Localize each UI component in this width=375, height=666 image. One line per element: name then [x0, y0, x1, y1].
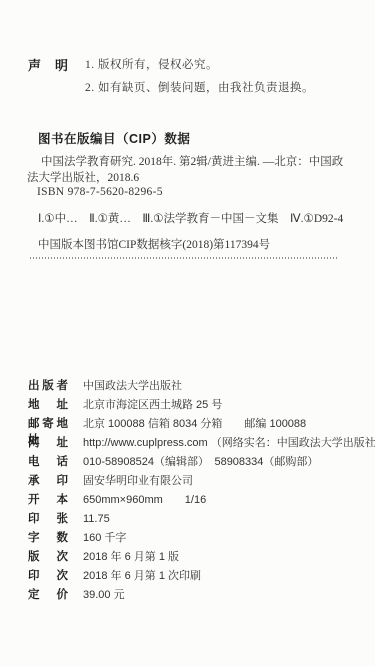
colophon-row-value: 2018 年 6 月第 1 次印刷 — [83, 567, 201, 583]
notice-item-list: 1. 版权所有，侵权必究。 2. 如有缺页、倒装问题，由我社负责退换。 — [85, 54, 314, 100]
colophon-row: 开本 650mm×960mm 1/16 — [28, 491, 361, 510]
colophon-table: 出版者 中国政法大学出版社 地址 北京市海淀区西土城路 25 号 邮寄地址 北京… — [28, 377, 361, 605]
colophon-row-label: 版次 — [28, 548, 68, 564]
colophon-row-value: 2018 年 6 月第 1 版 — [83, 548, 179, 564]
dotted-divider — [30, 257, 338, 259]
cip-title: 图书在版编目（CIP）数据 — [38, 129, 190, 147]
colophon-row-value: 固安华明印业有限公司 — [83, 472, 193, 488]
cip-classification: Ⅰ.①中… Ⅱ.①黄… Ⅲ.①法学教育－中国－文集 Ⅳ.①D92-4 — [38, 210, 343, 226]
colophon-row: 字数 160 千字 — [28, 529, 361, 548]
colophon-row: 网址 http://www.cuplpress.com （网络实名：中国政法大学… — [28, 434, 361, 453]
colophon-row: 定价 39.00 元 — [28, 586, 361, 605]
colophon-row-label: 网址 — [28, 434, 68, 450]
colophon-row-label: 开本 — [28, 491, 68, 507]
cip-entry: 中国法学教育研究. 2018年. 第2辑/黄进主编. —北京：中国政法大学出版社… — [27, 155, 349, 186]
colophon-row-label: 电话 — [28, 453, 68, 469]
colophon-row-label: 地址 — [28, 396, 68, 412]
copyright-notice: 声明 1. 版权所有，侵权必究。 2. 如有缺页、倒装问题，由我社负责退换。 — [28, 54, 357, 100]
colophon-row: 电话 010-58908524（编辑部） 58908334（邮购部） — [28, 453, 361, 472]
colophon-row-value: http://www.cuplpress.com （网络实名：中国政法大学出版社… — [83, 434, 375, 450]
notice-item: 1. 版权所有，侵权必究。 — [85, 54, 314, 77]
colophon-row-value: 650mm×960mm 1/16 — [83, 491, 206, 507]
notice-item: 2. 如有缺页、倒装问题，由我社负责退换。 — [85, 77, 314, 100]
cip-record-number: 中国版本图书馆CIP数据核字(2018)第117394号 — [38, 236, 270, 252]
colophon-row-value: 北京 100088 信箱 8034 分箱 邮编 100088 — [83, 415, 306, 431]
colophon-row: 印张 11.75 — [28, 510, 361, 529]
colophon-row: 出版者 中国政法大学出版社 — [28, 377, 361, 396]
colophon-row-value: 010-58908524（编辑部） 58908334（邮购部） — [83, 453, 318, 469]
book-copyright-page: 声明 1. 版权所有，侵权必究。 2. 如有缺页、倒装问题，由我社负责退换。 图… — [0, 0, 375, 666]
colophon-row-label: 印张 — [28, 510, 68, 526]
notice-heading: 声明 — [28, 54, 68, 77]
colophon-row-value: 11.75 — [83, 513, 110, 525]
colophon-row-label: 出版者 — [28, 377, 68, 393]
colophon-row-value: 39.00 元 — [83, 586, 125, 602]
colophon-row-value: 160 千字 — [83, 529, 126, 545]
colophon-row-value: 北京市海淀区西土城路 25 号 — [83, 396, 222, 412]
colophon-row-label: 印次 — [28, 567, 68, 583]
colophon-row-value: 中国政法大学出版社 — [83, 377, 182, 393]
colophon-row: 地址 北京市海淀区西土城路 25 号 — [28, 396, 361, 415]
colophon-row: 印次 2018 年 6 月第 1 次印刷 — [28, 567, 361, 586]
colophon-row: 承印 固安华明印业有限公司 — [28, 472, 361, 491]
isbn-number: ISBN 978-7-5620-8296-5 — [37, 186, 163, 198]
colophon-row: 邮寄地址 北京 100088 信箱 8034 分箱 邮编 100088 — [28, 415, 361, 434]
colophon-row-label: 承印 — [28, 472, 68, 488]
colophon-row-label: 字数 — [28, 529, 68, 545]
colophon-row-label: 定价 — [28, 586, 68, 602]
colophon-row: 版次 2018 年 6 月第 1 版 — [28, 548, 361, 567]
